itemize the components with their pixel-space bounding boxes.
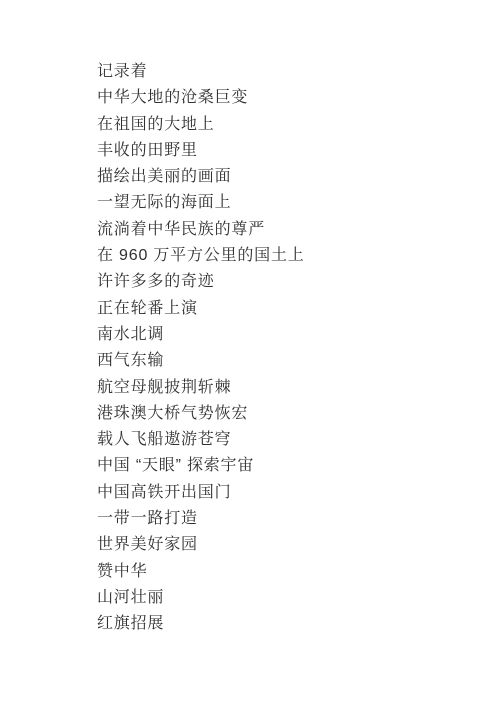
- poem-line: 赞中华: [97, 559, 457, 585]
- poem-line: 港珠澳大桥气势恢宏: [97, 401, 457, 427]
- poem-line: 红旗招展: [97, 611, 457, 637]
- poem-line: 中国 “天眼” 探索宇宙: [97, 453, 457, 479]
- poem-line: 西气东输: [97, 348, 457, 374]
- poem-line: 在 960 万平方公里的国土上: [97, 243, 457, 269]
- poem-line: 世界美好家园: [97, 532, 457, 558]
- poem-body: 记录着 中华大地的沧桑巨变 在祖国的大地上 丰收的田野里 描绘出美丽的画面 一望…: [97, 59, 457, 638]
- poem-line: 山河壮丽: [97, 585, 457, 611]
- poem-line: 丰收的田野里: [97, 138, 457, 164]
- document-page: 记录着 中华大地的沧桑巨变 在祖国的大地上 丰收的田野里 描绘出美丽的画面 一望…: [0, 0, 499, 706]
- poem-line: 一望无际的海面上: [97, 190, 457, 216]
- poem-line: 许许多多的奇迹: [97, 269, 457, 295]
- poem-line: 南水北调: [97, 322, 457, 348]
- poem-line: 记录着: [97, 59, 457, 85]
- poem-line: 载人飞船遨游苍穹: [97, 427, 457, 453]
- poem-line: 在祖国的大地上: [97, 112, 457, 138]
- poem-line: 中华大地的沧桑巨变: [97, 85, 457, 111]
- poem-line: 航空母舰披荆斩棘: [97, 375, 457, 401]
- poem-line: 描绘出美丽的画面: [97, 164, 457, 190]
- poem-line: 正在轮番上演: [97, 296, 457, 322]
- poem-line: 流淌着中华民族的尊严: [97, 217, 457, 243]
- poem-line: 一带一路打造: [97, 506, 457, 532]
- poem-line: 中国高铁开出国门: [97, 480, 457, 506]
